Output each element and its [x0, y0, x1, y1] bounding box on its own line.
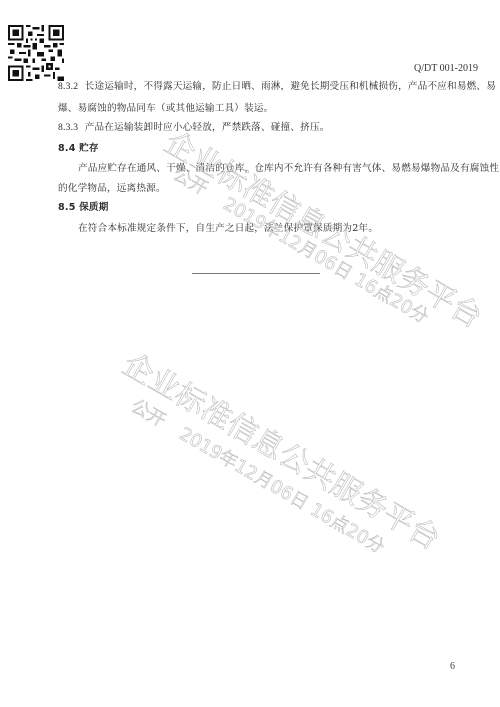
qr-code [8, 25, 64, 81]
watermark-title: 企业标准信息公共服务平台 [116, 340, 450, 558]
clause-8-3-2-line-2: 爆、易腐蚀的物品同车（或其他运输工具）装运。 [58, 100, 273, 114]
storage-paragraph-line-1: 产品应贮存在通风、干燥、清洁的仓库，仓库内不允许有各种有害气体、易燃易爆物品及有… [78, 160, 499, 174]
section-heading-storage: 8.4 贮存 [58, 140, 99, 154]
clause-number: 8.3.2 [58, 81, 78, 92]
storage-paragraph-line-2: 的化学物品，远离热源。 [58, 180, 166, 194]
end-separator-line [192, 273, 320, 274]
clause-number: 8.3.3 [58, 122, 78, 133]
clause-8-3-2-line-1: 8.3.2 长途运输时，不得露天运输，防止日晒、雨淋，避免长期受压和机械损伤，产… [58, 78, 496, 92]
clause-text: 产品在运输装卸时应小心轻放，严禁跌落、碰撞、挤压。 [85, 122, 330, 133]
page-number: 6 [450, 661, 455, 672]
document-id: Q/DT 001-2019 [414, 63, 478, 74]
clause-text: 长途运输时，不得露天运输，防止日晒、雨淋，避免长期受压和机械损伤，产品不应和易燃… [85, 81, 496, 92]
section-heading-shelf-life: 8.5 保质期 [58, 199, 109, 213]
